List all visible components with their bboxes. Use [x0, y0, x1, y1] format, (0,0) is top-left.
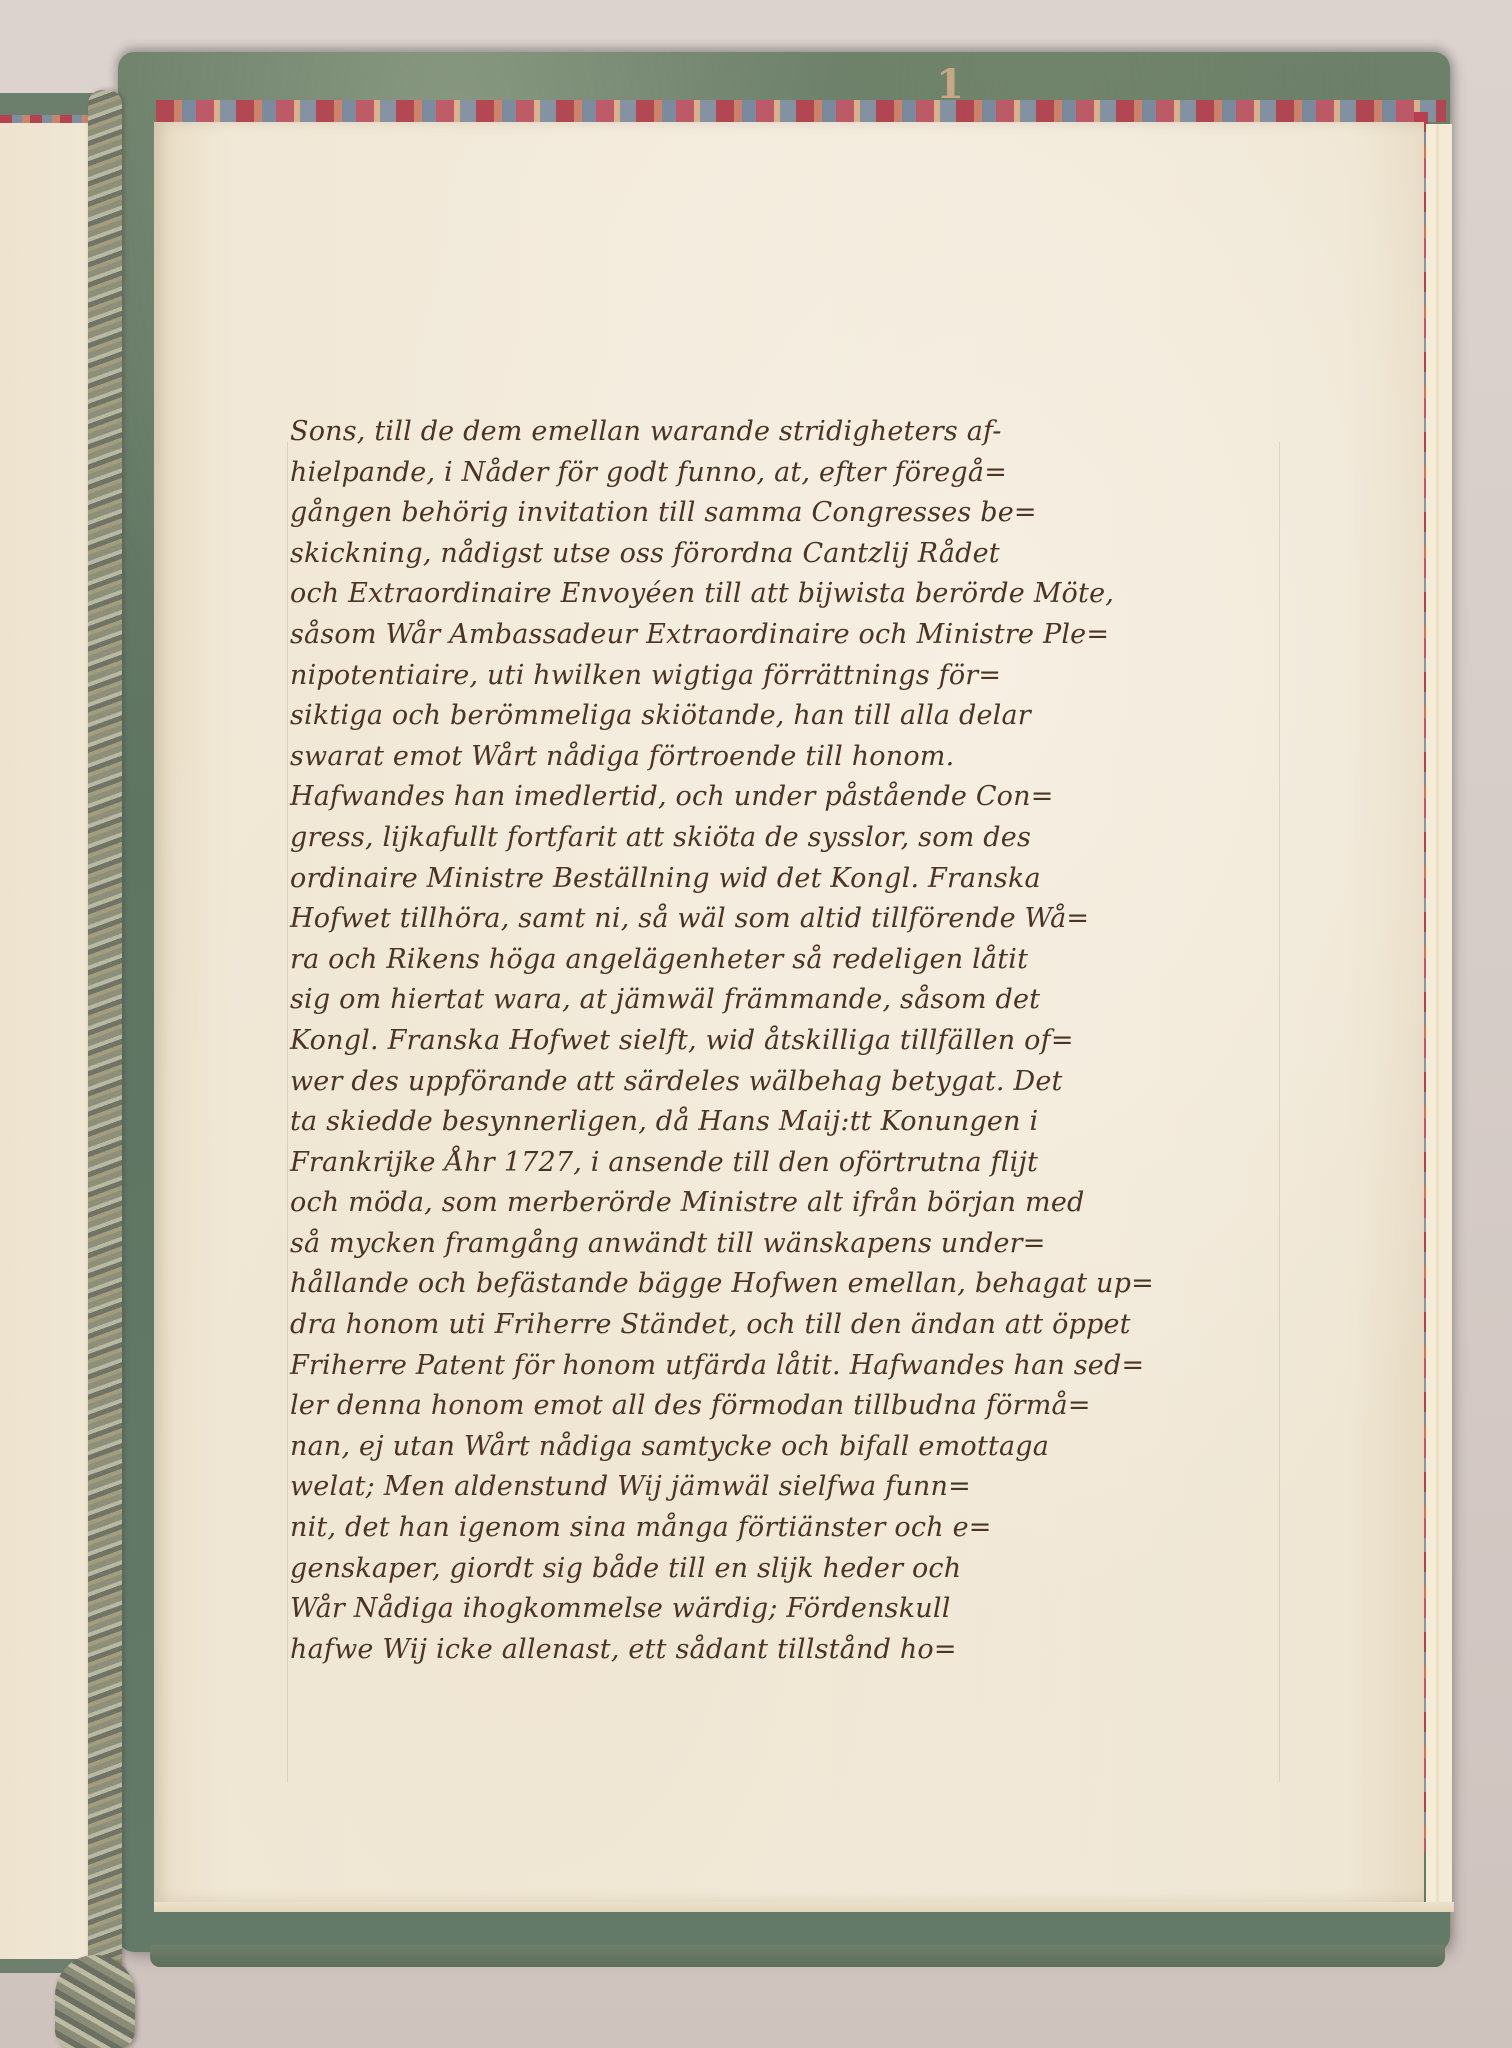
- bookmark-cord[interactable]: [88, 90, 122, 1990]
- manuscript-line: skickning, nådigst utse oss förordna Can…: [290, 534, 1290, 575]
- manuscript-line: Frankrijke Åhr 1727, i ansende till den …: [290, 1143, 1290, 1184]
- manuscript-line: Hofwet tillhöra, samt ni, så wäl som alt…: [290, 899, 1290, 940]
- manuscript-line: hielpande, i Nåder för godt funno, at, e…: [290, 453, 1290, 494]
- manuscript-line: siktiga och berömmeliga skiötande, han t…: [290, 696, 1290, 737]
- manuscript-line: ler denna honom emot all des förmodan ti…: [290, 1386, 1290, 1427]
- manuscript-line: gress, lijkafullt fortfarit att skiöta d…: [290, 818, 1290, 859]
- manuscript-line: hafwe Wij icke allenast, ett sådant till…: [290, 1630, 1290, 1671]
- manuscript-line: nan, ej utan Wårt nådiga samtycke och bi…: [290, 1427, 1290, 1468]
- manuscript-line: Sons, till de dem emellan warande stridi…: [290, 412, 1290, 453]
- manuscript-line: så mycken framgång anwändt till wänskape…: [290, 1224, 1290, 1265]
- manuscript-line: nit, det han igenom sina många förtiänst…: [290, 1508, 1290, 1549]
- manuscript-line: welat; Men aldenstund Wij jämwäl sielfwa…: [290, 1467, 1290, 1508]
- page-stack-bottom: [154, 1902, 1454, 1912]
- manuscript-line: och möda, som merberörde Ministre alt if…: [290, 1183, 1290, 1224]
- manuscript-line: Hafwandes han imedlertid, och under påst…: [290, 777, 1290, 818]
- manuscript-line: såsom Wår Ambassadeur Extraordinaire och…: [290, 615, 1290, 656]
- manuscript-line: Kongl. Franska Hofwet sielft, wid åtskil…: [290, 1021, 1290, 1062]
- manuscript-line: ordinaire Ministre Beställning wid det K…: [290, 859, 1290, 900]
- left-margin-rule: [287, 442, 288, 1782]
- manuscript-line: nipotentiaire, uti hwilken wigtiga förrä…: [290, 656, 1290, 697]
- manuscript-line: ra och Rikens höga angelägenheter så red…: [290, 940, 1290, 981]
- book-cover: 1 Sons, till de dem emellan warande stri…: [118, 52, 1450, 1952]
- manuscript-text: Sons, till de dem emellan warande stridi…: [290, 412, 1290, 1670]
- manuscript-line: och Extraordinaire Envoyéen till att bij…: [290, 574, 1290, 615]
- cover-bottom-edge: [150, 1945, 1445, 1967]
- manuscript-line: wer des uppförande att särdeles wälbehag…: [290, 1062, 1290, 1103]
- manuscript-line: hållande och befästande bägge Hofwen eme…: [290, 1264, 1290, 1305]
- manuscript-line: sig om hiertat wara, at jämwäl främmande…: [290, 980, 1290, 1021]
- manuscript-line: genskaper, giordt sig både till en slijk…: [290, 1549, 1290, 1590]
- manuscript-line: swarat emot Wårt nådiga förtroende till …: [290, 737, 1290, 778]
- cord-knot: [55, 1955, 135, 2048]
- manuscript-line: Wår Nådiga ihogkommelse wärdig; Fördensk…: [290, 1589, 1290, 1630]
- manuscript-line: ta skiedde besynnerligen, då Hans Maij:t…: [290, 1102, 1290, 1143]
- manuscript-line: dra honom uti Friherre Ständet, och till…: [290, 1305, 1290, 1346]
- marbled-top-edge: [156, 100, 1446, 122]
- page-stack-edge: [1426, 124, 1452, 1904]
- manuscript-page: Sons, till de dem emellan warande stridi…: [154, 122, 1424, 1902]
- manuscript-line: gången behörig invitation till samma Con…: [290, 493, 1290, 534]
- manuscript-line: Friherre Patent för honom utfärda låtit.…: [290, 1346, 1290, 1387]
